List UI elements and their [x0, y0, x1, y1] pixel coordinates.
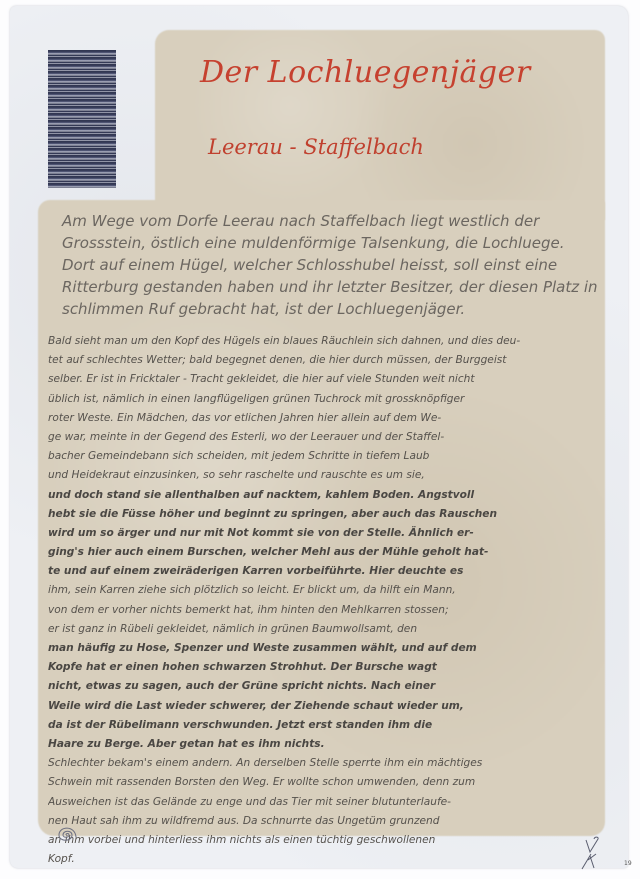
story-line: te und auf einem zweiräderigen Karren vo… [48, 562, 603, 581]
story-line: und doch stand sie allenthalben auf nack… [48, 486, 603, 505]
story-line: nen Haut sah ihm zu wildfremd aus. Da sc… [48, 812, 603, 831]
story-body: Bald sieht man um den Kopf des Hügels ei… [48, 332, 603, 869]
story-line: üblich ist, nämlich in einen langflügeli… [48, 390, 603, 409]
story-line: er ist ganz in Rübeli gekleidet, nämlich… [48, 620, 603, 639]
intro-paragraph: Am Wege vom Dorfe Leerau nach Staffelbac… [62, 210, 602, 320]
story-line: Kopf. [48, 850, 603, 869]
story-line: roter Weste. Ein Mädchen, das vor etlich… [48, 409, 603, 428]
story-line: man häufig zu Hose, Spenzer und Weste zu… [48, 639, 603, 658]
scribble-text-block [48, 50, 116, 188]
story-line: selber. Er ist in Fricktaler - Tracht ge… [48, 370, 603, 389]
story-line: Ausweichen ist das Gelände zu enge und d… [48, 793, 603, 812]
story-line: ging's hier auch einem Burschen, welcher… [48, 543, 603, 562]
page-canvas: Der Lochluegenjäger Leerau - Staffelbach… [0, 0, 640, 879]
story-line: ihm, sein Karren ziehe sich plötzlich so… [48, 581, 603, 600]
story-line: Bald sieht man um den Kopf des Hügels ei… [48, 332, 603, 351]
artist-signature-icon [576, 836, 604, 870]
spiral-icon [55, 822, 77, 848]
story-line: Weile wird die Last wieder schwerer, der… [48, 697, 603, 716]
page-number: 19 [624, 860, 632, 867]
story-line: wird um so ärger und nur mit Not kommt s… [48, 524, 603, 543]
story-line: da ist der Rübelimann verschwunden. Jetz… [48, 716, 603, 735]
story-line: Schwein mit rassenden Borsten den Weg. E… [48, 773, 603, 792]
story-line: Kopfe hat er einen hohen schwarzen Stroh… [48, 658, 603, 677]
story-line: ge war, meinte in der Gegend des Esterli… [48, 428, 603, 447]
story-line: bacher Gemeindebann sich scheiden, mit j… [48, 447, 603, 466]
story-line: Haare zu Berge. Aber getan hat es ihm ni… [48, 735, 603, 754]
story-line: Schlechter bekam's einem andern. An ders… [48, 754, 603, 773]
story-line: hebt sie die Füsse höher und beginnt zu … [48, 505, 603, 524]
story-line: nicht, etwas zu sagen, auch der Grüne sp… [48, 677, 603, 696]
document-subtitle: Leerau - Staffelbach [208, 135, 424, 159]
document-title: Der Lochluegenjäger [200, 55, 531, 90]
story-line: von dem er vorher nichts bemerkt hat, ih… [48, 601, 603, 620]
story-line: an ihm vorbei und hinterliess ihm nichts… [48, 831, 603, 850]
story-line: tet auf schlechtes Wetter; bald begegnet… [48, 351, 603, 370]
story-line: und Heidekraut einzusinken, so sehr rasc… [48, 466, 603, 485]
